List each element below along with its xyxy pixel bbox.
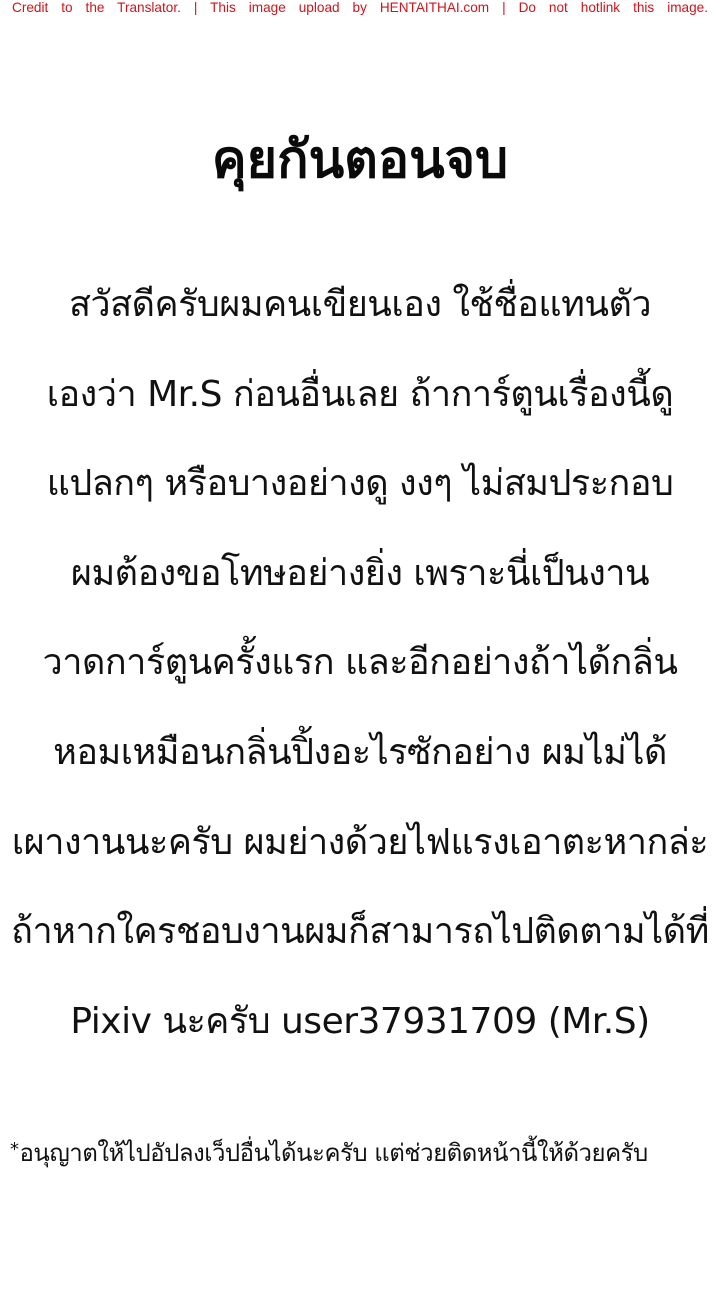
message-line: แปลกๆ หรือบางอย่างดู งงๆ ไม่สมประกอบ bbox=[0, 449, 720, 539]
footnote: *อนุญาตให้ไปอัปลงเว็ปอื่นได้นะครับ แต่ช่… bbox=[10, 1128, 710, 1175]
message-body: สวัสดีครับผมคนเขียนเอง ใช้ชื่อแทนตัว เอง… bbox=[0, 270, 720, 1076]
asterisk-icon: * bbox=[10, 1139, 19, 1160]
message-line: เผางานนะครับ ผมย่างด้วยไฟแรงเอาตะหากล่ะ bbox=[0, 808, 720, 898]
message-line: หอมเหมือนกลิ่นปิ้งอะไรซักอย่าง ผมไม่ได้ bbox=[0, 718, 720, 808]
message-line: เองว่า Mr.S ก่อนอื่นเลย ถ้าการ์ตูนเรื่อง… bbox=[0, 360, 720, 450]
credit-banner: Credit to the Translator. | This image u… bbox=[0, 0, 720, 18]
message-line: ถ้าหากใครชอบงานผมก็สามารถไปติดตามได้ที่ bbox=[0, 897, 720, 987]
message-line: ผมต้องขอโทษอย่างยิ่ง เพราะนี่เป็นงาน bbox=[0, 539, 720, 629]
message-line: สวัสดีครับผมคนเขียนเอง ใช้ชื่อแทนตัว bbox=[0, 270, 720, 360]
pixiv-contact-line: Pixiv นะครับ user37931709 (Mr.S) bbox=[0, 987, 720, 1077]
page-title: คุยกันตอนจบ bbox=[0, 122, 720, 198]
footnote-text: อนุญาตให้ไปอัปลงเว็ปอื่นได้นะครับ แต่ช่ว… bbox=[20, 1139, 648, 1167]
message-line: วาดการ์ตูนครั้งแรก และอีกอย่างถ้าได้กลิ่… bbox=[0, 628, 720, 718]
